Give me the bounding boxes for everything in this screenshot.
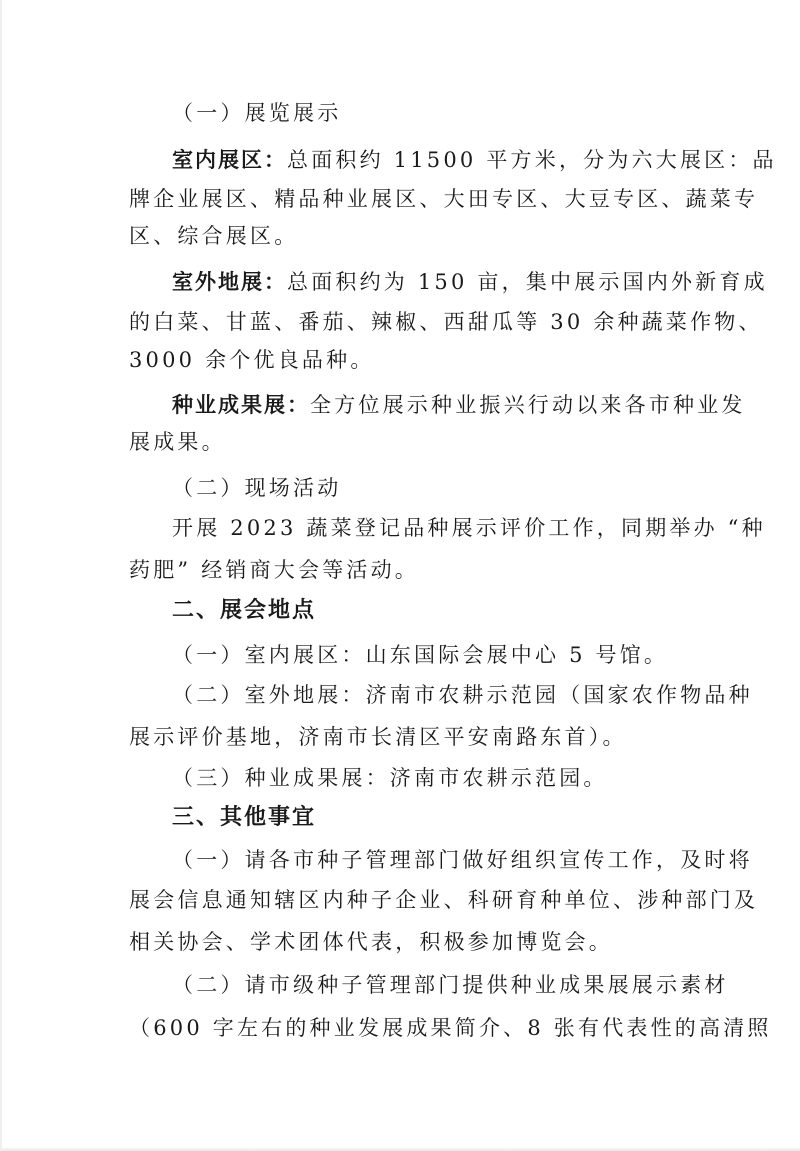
section-heading-other-matters: 三、其他事宜 xyxy=(172,802,316,832)
text-achievements-line1: 全方位展示种业振兴行动以来各市种业发 xyxy=(310,393,746,417)
label-seed-achievements: 种业成果展： xyxy=(172,393,310,417)
paragraph-indoor-line3: 区、综合展区。 xyxy=(129,221,697,251)
heading-text: （二）现场活动 xyxy=(172,476,341,500)
subsection-heading-exhibit-display: （一）展览展示 xyxy=(172,98,341,128)
text-indoor-line1: 总面积约 11500 平方米，分为六大展区：品 xyxy=(287,148,777,172)
label-indoor-area: 室内展区： xyxy=(172,148,287,172)
paragraph-outdoor-line2: 的白菜、甘蓝、番茄、辣椒、西甜瓜等 30 余种蔬菜作物、 xyxy=(129,307,697,337)
paragraph-activities-line1: 开展 2023 蔬菜登记品种展示评价工作，同期举办 “种 xyxy=(172,513,697,543)
venue-item-achievements: （三）种业成果展：济南市农耕示范园。 xyxy=(172,763,697,793)
text-outdoor-line1: 总面积约为 150 亩，集中展示国内外新育成 xyxy=(287,270,768,294)
paragraph-activities-line2: 药肥” 经销商大会等活动。 xyxy=(129,555,697,585)
page-edge-shadow xyxy=(2,1147,800,1151)
other-item-1-line2: 展会信息通知辖区内种子企业、科研育种单位、涉种部门及 xyxy=(129,885,697,915)
subsection-heading-onsite-activities: （二）现场活动 xyxy=(172,473,341,503)
other-item-2-line2: （600 字左右的种业发展成果简介、8 张有代表性的高清照 xyxy=(129,1013,697,1043)
paragraph-indoor-line2: 牌企业展区、精品种业展区、大田专区、大豆专区、蔬菜专 xyxy=(129,184,697,214)
paragraph-achievements-line1: 种业成果展：全方位展示种业振兴行动以来各市种业发 xyxy=(172,390,697,420)
paragraph-achievements-line2: 展成果。 xyxy=(129,427,697,457)
heading-text: 三、其他事宜 xyxy=(172,805,316,830)
heading-text: 二、展会地点 xyxy=(172,598,316,623)
venue-item-outdoor-line1: （二）室外地展：济南市农耕示范园（国家农作物品种 xyxy=(172,680,697,710)
label-outdoor-area: 室外地展： xyxy=(172,270,287,294)
other-item-1-line1: （一）请各市种子管理部门做好组织宣传工作，及时将 xyxy=(172,845,697,875)
other-item-2-line1: （二）请市级种子管理部门提供种业成果展展示素材 xyxy=(172,970,697,1000)
paragraph-outdoor-line1: 室外地展：总面积约为 150 亩，集中展示国内外新育成 xyxy=(172,267,697,297)
paragraph-indoor-line1: 室内展区：总面积约 11500 平方米，分为六大展区：品 xyxy=(172,145,697,175)
section-heading-venue: 二、展会地点 xyxy=(172,595,316,625)
document-page: （一）展览展示 室内展区：总面积约 11500 平方米，分为六大展区：品 牌企业… xyxy=(0,0,800,1151)
venue-item-indoor: （一）室内展区：山东国际会展中心 5 号馆。 xyxy=(172,640,697,670)
paragraph-outdoor-line3: 3000 余个优良品种。 xyxy=(129,345,697,375)
venue-item-outdoor-line2: 展示评价基地，济南市长清区平安南路东首）。 xyxy=(129,722,697,752)
other-item-1-line3: 相关协会、学术团体代表，积极参加博览会。 xyxy=(129,927,697,957)
heading-text: （一）展览展示 xyxy=(172,101,341,125)
